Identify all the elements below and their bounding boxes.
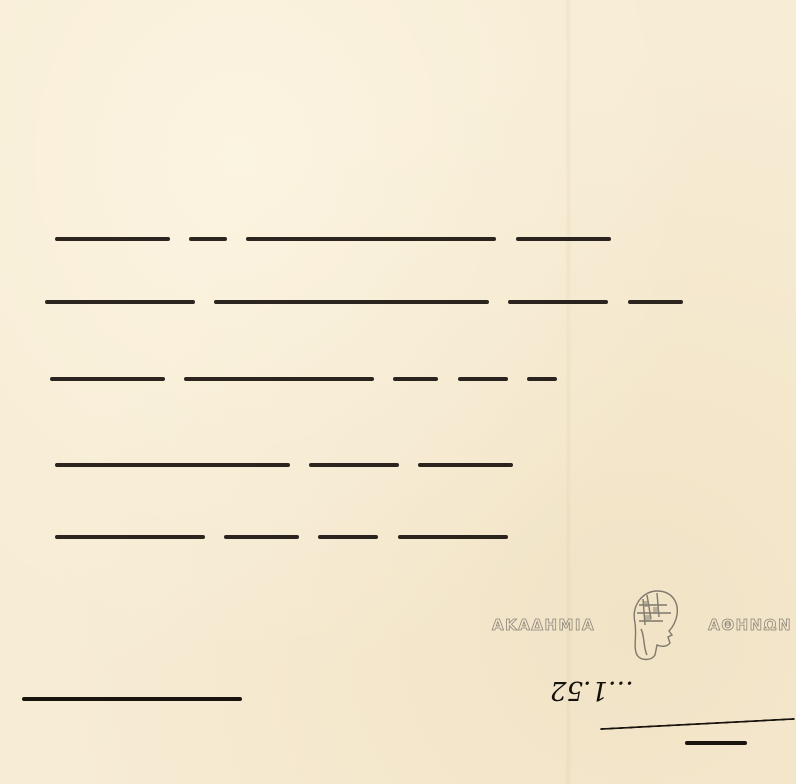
body-line-5: handwritten line 5 (illegible, inverted … xyxy=(55,520,508,551)
date-block: …1.52 place/date line (illegible, invert… xyxy=(520,665,785,775)
body-line-2: handwritten line 2 (illegible, inverted … xyxy=(45,285,683,316)
letterhead-right-text: ΑΘΗΝΩΝ xyxy=(708,616,792,634)
body-line-4: handwritten line 4 (illegible, inverted … xyxy=(55,448,513,479)
date-fragment: …1.52 xyxy=(550,675,634,705)
signature: closing / signature (illegible, inverted… xyxy=(22,690,242,723)
letterhead-left-text: ΑΚΑΔΗΜΙΑ xyxy=(492,616,595,634)
body-line-3: handwritten line 3 (illegible, inverted … xyxy=(50,362,557,393)
place-mark xyxy=(685,735,747,763)
athena-emblem-icon xyxy=(617,585,687,665)
body-line-1: handwritten line 1 (illegible, inverted … xyxy=(55,222,611,253)
place-label: place/date line (illegible, inverted) xyxy=(520,665,521,666)
underline-rule xyxy=(600,718,795,730)
letterhead: ΑΚΑΔΗΜΙΑ ΑΘΗΝΩΝ xyxy=(492,585,792,665)
letter-page: handwritten line 1 (illegible, inverted … xyxy=(0,0,796,784)
